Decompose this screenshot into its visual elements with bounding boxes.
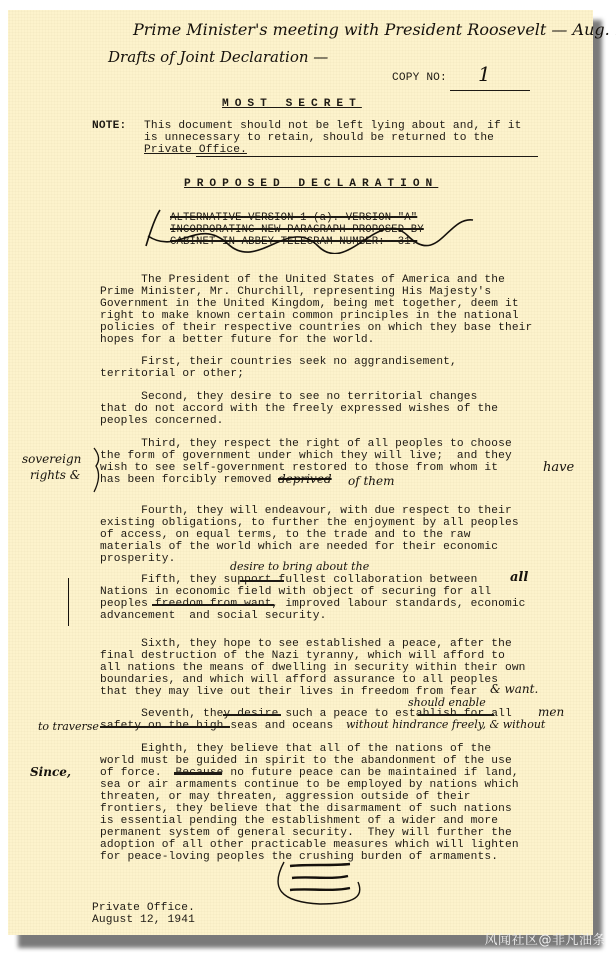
scribble-cross-out xyxy=(138,206,478,254)
paragraph-line: that do not accord with the freely expre… xyxy=(100,403,498,415)
watermark: 风闻社区@非凡油条 xyxy=(484,929,606,948)
insert-note: have xyxy=(543,460,574,475)
preamble-line: Government in the United Kingdom, being … xyxy=(100,298,519,310)
margin-bracket xyxy=(90,446,104,496)
paragraph-line: advancement and social security. xyxy=(100,610,327,622)
margin-bar xyxy=(68,578,69,626)
paragraph-line: the form of government under which they … xyxy=(100,450,512,462)
classification-heading: MOST SECRET xyxy=(222,98,362,110)
insert-note: & want. xyxy=(490,682,538,696)
margin-note: to traverse xyxy=(38,720,99,733)
document-page: Prime Minister's meeting with President … xyxy=(8,10,593,935)
paragraph-line: existing obligations, to further the enj… xyxy=(100,517,519,529)
paragraph-line: Eighth, they believe that all of the nat… xyxy=(100,743,491,755)
paragraph-line: Fifth, they support fullest collaboratio… xyxy=(100,574,478,586)
paragraph-line: threaten, or may threaten, aggression ou… xyxy=(100,791,471,803)
paragraph-line: is essential pending the establishment o… xyxy=(100,815,498,827)
preamble-line: Prime Minister, Mr. Churchill, represent… xyxy=(100,286,491,298)
paragraph-line: prosperity. xyxy=(100,553,176,565)
circled-scribble xyxy=(270,858,370,908)
paragraph-line: boundaries, and which will afford assura… xyxy=(100,674,498,686)
strike-safety-high xyxy=(100,726,230,728)
note-line: Private Office. xyxy=(144,144,247,156)
paragraph-line: all nations the means of dwelling in sec… xyxy=(100,662,526,674)
paragraph-line: Second, they desire to see no territoria… xyxy=(100,391,478,403)
paragraph-line: of access, on equal terms, to the trade … xyxy=(100,529,471,541)
preamble-line: The President of the United States of Am… xyxy=(100,274,505,286)
strike-support xyxy=(240,580,284,582)
strike-because xyxy=(174,772,222,775)
paragraph-line: Fourth, they will endeavour, with due re… xyxy=(100,505,512,517)
paragraph-line: materials of the world which are needed … xyxy=(100,541,498,553)
paragraph-line: Sixth, they hope to see established a pe… xyxy=(100,638,512,650)
insert-note: desire to bring about the xyxy=(230,560,369,573)
paragraph-line: sea or air armaments continue to be empl… xyxy=(100,779,519,791)
document-title: PROPOSED DECLARATION xyxy=(184,178,438,190)
paragraph-line: peoples concerned. xyxy=(100,415,224,427)
struck-note: deprived xyxy=(278,472,332,486)
footer-office: Private Office. xyxy=(92,902,195,914)
strike-to-establish xyxy=(418,714,494,716)
paragraph-line: of force. Because no future peace can be… xyxy=(100,767,519,779)
margin-note: rights & xyxy=(30,468,80,482)
note-label: NOTE: xyxy=(92,120,126,132)
note-underline xyxy=(196,156,538,157)
copy-no-label: COPY NO: xyxy=(392,72,447,84)
preamble-line: hopes for a better future for the world. xyxy=(100,334,375,346)
margin-note: sovereign xyxy=(22,452,81,466)
insert-note: without hindrance freely, & without xyxy=(346,718,545,731)
strike-they-desire xyxy=(223,714,281,716)
preamble-line: right to make known certain common princ… xyxy=(100,310,519,322)
note-line: is unnecessary to retain, should be retu… xyxy=(144,132,494,144)
paragraph-line: Nations in economic field with object of… xyxy=(100,586,491,598)
paragraph-line: permanent system of general security. Th… xyxy=(100,827,512,839)
strike-freedom-from-want xyxy=(152,604,274,606)
footer-date: August 12, 1941 xyxy=(92,914,195,926)
paragraph-line: has been forcibly removed xyxy=(100,474,272,486)
margin-note: all xyxy=(510,570,528,585)
paragraph-line: First, their countries seek no aggrandis… xyxy=(100,356,457,368)
paragraph-line: adoption of all other practicable measur… xyxy=(100,839,519,851)
note-line: This document should not be left lying a… xyxy=(144,120,522,132)
margin-note: Since, xyxy=(30,765,71,779)
insert-note: of them xyxy=(348,474,395,488)
copy-no-underline xyxy=(450,90,530,91)
handwritten-header-line1: Prime Minister's meeting with President … xyxy=(133,20,616,39)
paragraph-line: frontiers, they believe that the disarma… xyxy=(100,803,512,815)
preamble-line: policies of their respective countries o… xyxy=(100,322,532,334)
paragraph-line: world must be guided in spirit to the ab… xyxy=(100,755,512,767)
paragraph-line: final destruction of the Nazi tyranny, w… xyxy=(100,650,505,662)
paragraph-line: territorial or other; xyxy=(100,368,244,380)
paragraph-line: Third, they respect the right of all peo… xyxy=(100,438,512,450)
handwritten-header-line2: Drafts of Joint Declaration — xyxy=(108,48,328,66)
copy-no-value: 1 xyxy=(478,62,491,86)
margin-note: men xyxy=(538,705,564,719)
